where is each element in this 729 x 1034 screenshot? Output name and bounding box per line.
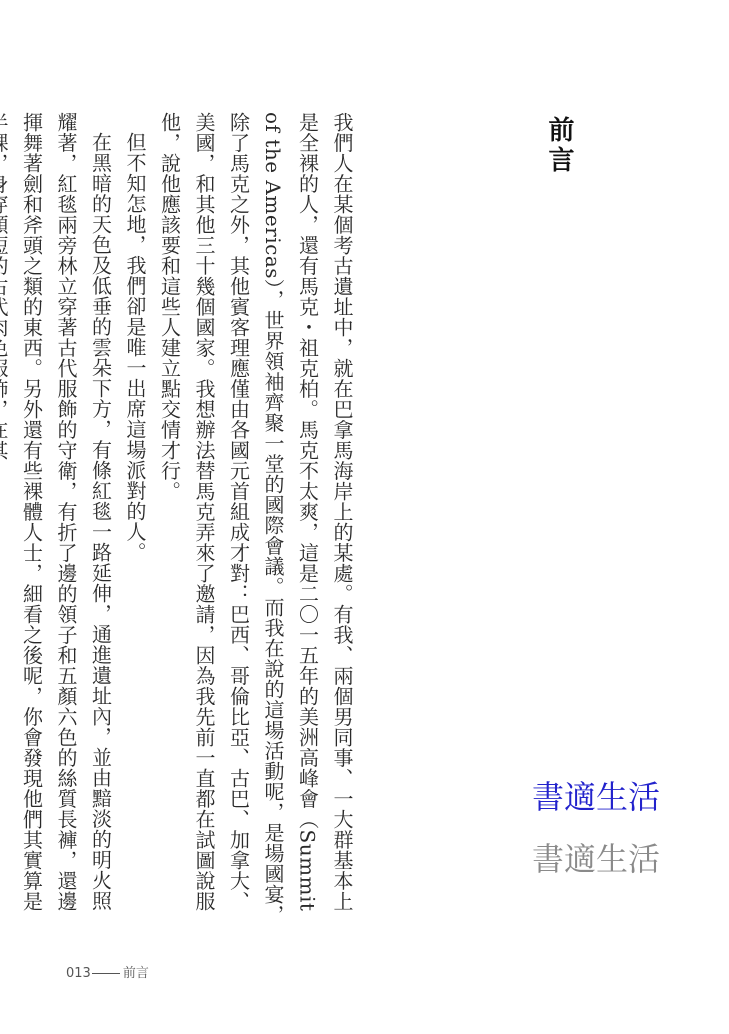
footer-section: 前言: [123, 966, 149, 981]
watermark-primary: 書適生活: [532, 772, 660, 818]
body-text: 我們人在某個考古遺址中，就在巴拿馬海岸上的某處。有我、兩個男同事、一大群基本上是…: [0, 112, 359, 927]
watermark-secondary: 書適生活: [532, 834, 660, 880]
page-number: 013: [66, 966, 91, 981]
page-footer: 013前言: [66, 962, 149, 981]
paragraph: 但不知怎地，我們卻是唯一出席這場派對的人。: [118, 112, 153, 927]
footer-dash-divider: [92, 973, 120, 974]
paragraph: 我們人在某個考古遺址中，就在巴拿馬海岸上的某處。有我、兩個男同事、一大群基本上是…: [152, 112, 359, 927]
paragraph: 在黑暗的天色及低垂的雲朵下方，有條紅毯一路延伸，通進遺址內，並由黯淡的明火照耀著…: [0, 112, 118, 927]
chapter-title: 前言: [548, 116, 578, 176]
